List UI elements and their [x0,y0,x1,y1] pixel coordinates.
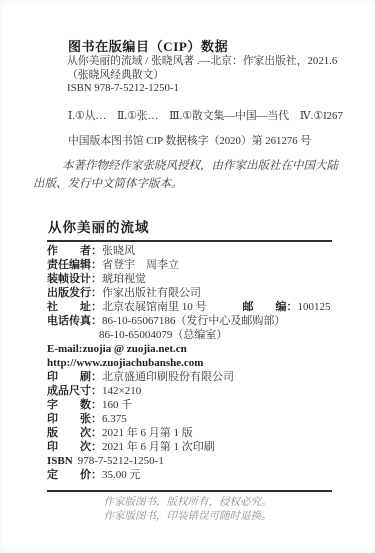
row-value: 86-10-65004079（总编室） [99,328,227,342]
postcode-label: 邮 编： [243,300,298,314]
row-value: 北京农展馆南里 10 号 [102,300,207,314]
cip-classification-line: Ⅰ.①从… Ⅱ.①张… Ⅲ.①散文集—中国—当代 Ⅳ.①I267 [68,108,343,123]
row-label: 作 者： [47,244,102,258]
colophon-row-website: http://www.zuojiachubanshe.com [47,356,339,370]
copyright-notice: 作家版图书，版权所有，侵权必究。 [0,496,375,510]
colophon-row-phone-2: 86-10-65004079（总编室） [47,328,339,342]
row-value: 35.00 元 [102,468,141,482]
row-label: 装帧设计： [47,272,102,286]
cip-title-line: 从你美丽的流域 / 张晓风著 .—北京：作家出版社，2021.6 [67,55,337,69]
row-label: 成品尺寸： [47,384,102,398]
cip-heading: 图书在版编目（CIP）数据 [68,36,228,55]
row-label: 字 数： [47,398,102,412]
row-value: 2021 年 6 月第 1 版 [102,426,193,440]
row-label: 电话传真： [47,314,102,328]
copyright-page: 图书在版编目（CIP）数据 从你美丽的流域 / 张晓风著 .—北京：作家出版社，… [0,0,375,553]
colophon-row-printer: 印 刷：北京盛通印刷股份有限公司 [47,370,339,384]
website-text: http://www.zuojiachubanshe.com [47,356,203,370]
colophon-row-impression: 印 次：2021 年 6 月第 1 次印刷 [47,440,339,454]
colophon-row-email: E-mail:zuojia @ zuojia.net.cn [47,342,339,356]
colophon-row-publisher: 出版发行：作家出版社有限公司 [47,286,339,300]
row-label: 出版发行： [47,286,102,300]
row-value: 978-7-5212-1250-1 [78,454,164,468]
row-label: ISBN [47,454,73,468]
footer-divider [47,490,332,492]
colophon-row-author: 作 者：张晓风 [47,244,339,258]
row-value: 张晓风 [102,244,135,258]
row-label: 印 刷： [47,370,102,384]
colophon-list: 作 者：张晓风 责任编辑：省登宇 周李立 装帧设计：琥珀视觉 出版发行：作家出版… [47,244,339,482]
colophon-row-editor: 责任编辑：省登宇 周李立 [47,258,339,272]
cip-isbn-line: ISBN 978-7-5212-1250-1 [67,82,337,96]
colophon-row-address: 社 址：北京农展馆南里 10 号邮 编：100125 [47,300,339,314]
colophon-row-edition: 版 次：2021 年 6 月第 1 版 [47,426,339,440]
colophon-row-wordcount: 字 数：160 千 [47,398,339,412]
row-value: 琥珀视觉 [102,272,146,286]
colophon-row-design: 装帧设计：琥珀视觉 [47,272,339,286]
colophon-row-isbn: ISBN978-7-5212-1250-1 [47,454,339,468]
cip-description-block: 从你美丽的流域 / 张晓风著 .—北京：作家出版社，2021.6 （张晓风经典散… [67,55,337,96]
row-label: 定 价： [47,468,102,482]
colophon-row-size: 成品尺寸：142×210 [47,384,339,398]
colophon-row-phone-1: 电话传真：86-10-65067186（发行中心及邮购部） [47,314,339,328]
row-value: 86-10-65067186（发行中心及邮购部） [102,314,285,328]
row-label: 印 张： [47,412,102,426]
row-label: 版 次： [47,426,102,440]
row-value: 省登宇 周李立 [102,258,179,272]
colophon-row-price: 定 价：35.00 元 [47,468,339,482]
row-value: 作家出版社有限公司 [102,286,201,300]
email-text: E-mail:zuojia @ zuojia.net.cn [47,342,187,356]
title-divider [47,240,332,242]
postcode-value: 100125 [298,300,331,314]
return-notice: 作家版图书，印装错误可随时退换。 [0,510,375,524]
row-label: 责任编辑： [47,258,102,272]
book-title: 从你美丽的流域 [48,216,150,236]
row-value: 6.375 [102,412,127,426]
row-label: 印 次： [47,440,102,454]
row-value: 2021 年 6 月第 1 次印刷 [102,440,215,454]
row-value: 142×210 [102,384,141,398]
authorization-paragraph: 本著作物经作家张晓风授权，由作家出版社在中国大陆出版、发行中文简体字版本。 [33,157,341,193]
cip-registry-line: 中国版本图书馆 CIP 数据核字（2020）第 261276 号 [68,133,311,148]
row-value: 160 千 [102,398,132,412]
row-label: 社 址： [47,300,102,314]
cip-series-line: （张晓风经典散文） [67,69,337,83]
footer-notice: 作家版图书，版权所有，侵权必究。 作家版图书，印装错误可随时退换。 [0,496,375,524]
colophon-row-sheets: 印 张：6.375 [47,412,339,426]
row-value: 北京盛通印刷股份有限公司 [102,370,234,384]
